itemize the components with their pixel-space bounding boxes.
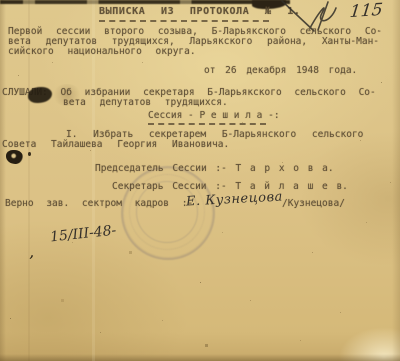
ink-dot [28, 152, 31, 156]
resolution-heading: Сессия - Р е ш и л а -: [148, 111, 280, 121]
page-title: ВЫПИСКА ИЗ ПРОТОКОЛА № 1. [99, 7, 301, 17]
top-edge-dark-band [0, 0, 290, 4]
signature-line-chairman: Председатель Сессии :- Т а р х о в а. [95, 164, 334, 174]
heard-line-2: вета депутатов трудящихся. [63, 98, 228, 108]
ink-blot [28, 87, 52, 103]
ink-comma-mark: , [29, 242, 37, 262]
right-edge-shading [392, 0, 400, 361]
certification-typed-prefix: Верно зав. сектром кадров :- [5, 199, 193, 209]
resolution-line-2: Совета Тайлашева Георгия Ивановича. [2, 140, 229, 150]
ink-blot [6, 150, 23, 164]
bottom-edge-shading [0, 354, 400, 361]
certification-typed-surname: /Кузнецова/ [282, 199, 345, 209]
signature-line-secretary: Секретарь Сессии :- Т а й л а ш е в. [112, 182, 348, 192]
paper-specks [0, 0, 1, 1]
intro-line-3: сийского национального округа. [8, 47, 196, 57]
date-line: от 26 декабря 1948 года. [204, 66, 357, 76]
title-underline [99, 20, 269, 22]
page-number-annotation: 115 [349, 0, 384, 22]
resolution-underline [148, 123, 266, 125]
handwritten-date: 15/III-48- [49, 223, 117, 246]
document-scan: ВЫПИСКА ИЗ ПРОТОКОЛА № 1. 115 Первой сес… [0, 0, 400, 361]
left-edge-shading [0, 0, 6, 361]
